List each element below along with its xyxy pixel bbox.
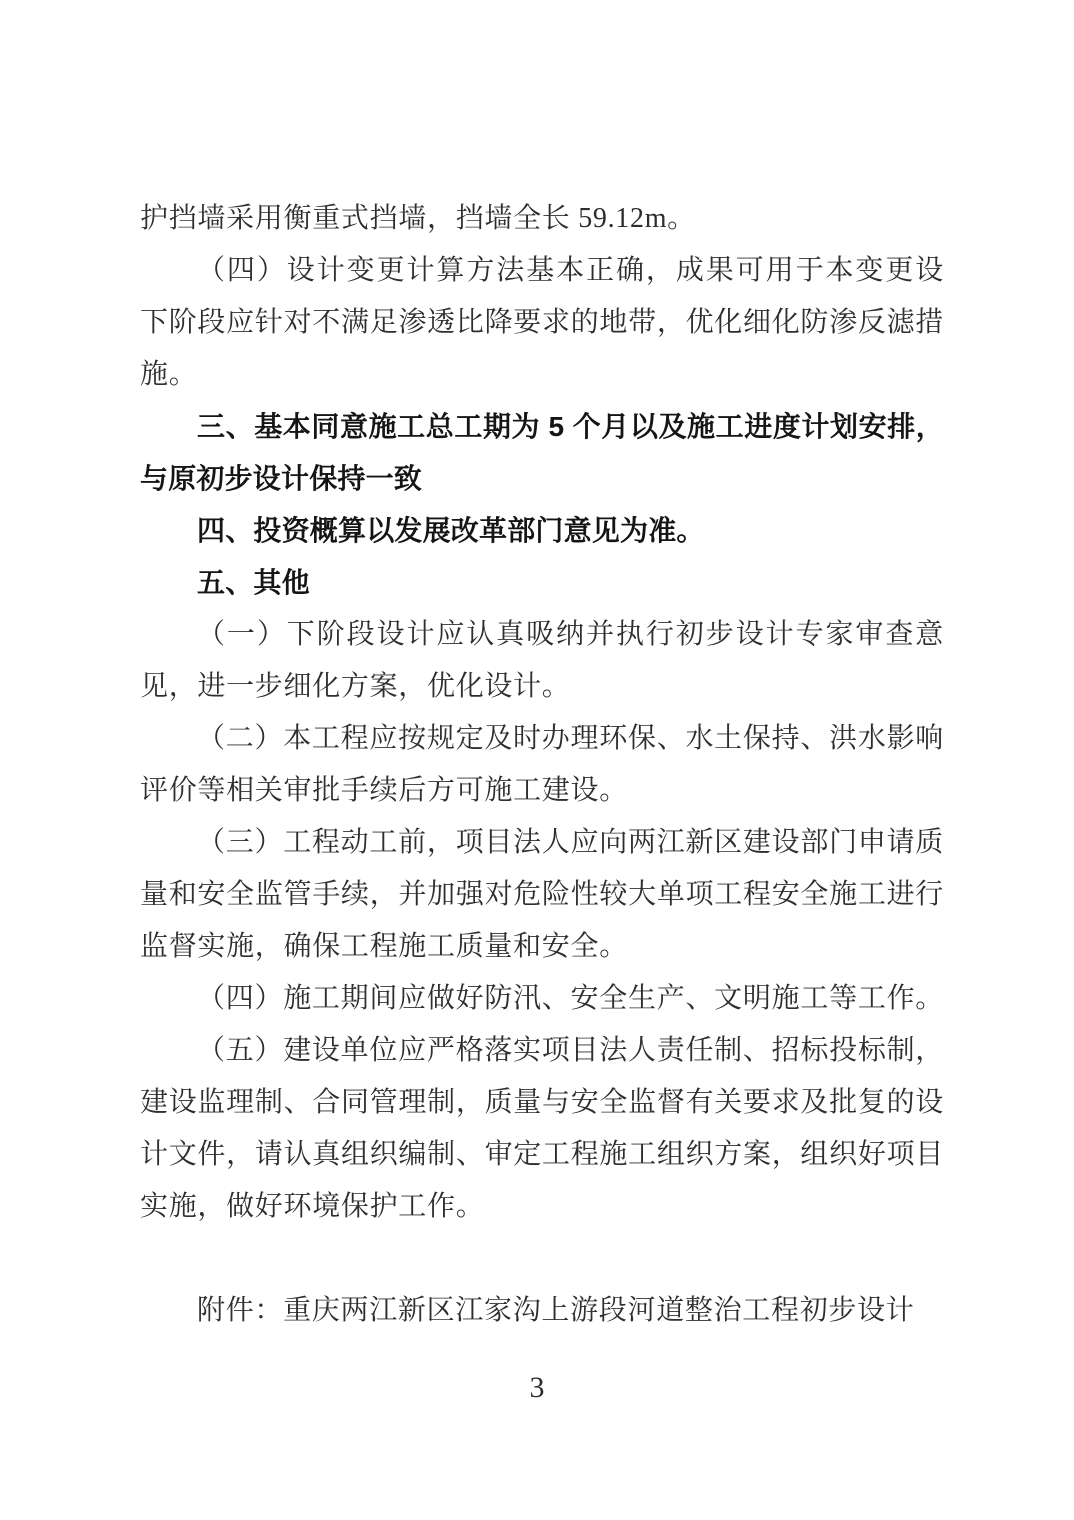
attachment-note: 附件：重庆两江新区江家沟上游段河道整治工程初步设计: [140, 1285, 944, 1337]
text-line: 监督实施，确保工程施工质量和安全。: [140, 921, 944, 973]
heading-section-3: 三、基本同意施工总工期为 5 个月以及施工进度计划安排，: [140, 401, 944, 453]
text-line: 下阶段应针对不满足渗透比降要求的地带，优化细化防渗反滤措: [140, 297, 944, 349]
text-line: 评价等相关审批手续后方可施工建设。: [140, 765, 944, 817]
heading-section-3-continued: 与原初步设计保持一致: [140, 453, 944, 505]
text-line: （四）设计变更计算方法基本正确，成果可用于本变更设计。: [140, 245, 944, 297]
text-line: （一）下阶段设计应认真吸纳并执行初步设计专家审查意: [140, 609, 944, 661]
text-line: 建设监理制、合同管理制，质量与安全监督有关要求及批复的设: [140, 1077, 944, 1129]
text-line: 计文件，请认真组织编制、审定工程施工组织方案，组织好项目: [140, 1129, 944, 1181]
page-number: 3: [0, 1362, 1074, 1414]
text-line: （三）工程动工前，项目法人应向两江新区建设部门申请质: [140, 817, 944, 869]
document-page: 护挡墙采用衡重式挡墙，挡墙全长 59.12m。 （四）设计变更计算方法基本正确，…: [0, 0, 1074, 1520]
text-line: （二）本工程应按规定及时办理环保、水土保持、洪水影响: [140, 713, 944, 765]
text-line: 实施，做好环境保护工作。: [140, 1181, 944, 1233]
document-body: 护挡墙采用衡重式挡墙，挡墙全长 59.12m。 （四）设计变更计算方法基本正确，…: [140, 193, 944, 1337]
text-line: 护挡墙采用衡重式挡墙，挡墙全长 59.12m。: [140, 193, 944, 245]
text-line: （四）施工期间应做好防汛、安全生产、文明施工等工作。: [140, 973, 944, 1025]
text-line: （五）建设单位应严格落实项目法人责任制、招标投标制，: [140, 1025, 944, 1077]
heading-section-5: 五、其他: [140, 557, 944, 609]
text-line: 施。: [140, 349, 944, 401]
text-line: 量和安全监管手续，并加强对危险性较大单项工程安全施工进行: [140, 869, 944, 921]
heading-section-4: 四、投资概算以发展改革部门意见为准。: [140, 505, 944, 557]
text-line: 见，进一步细化方案，优化设计。: [140, 661, 944, 713]
